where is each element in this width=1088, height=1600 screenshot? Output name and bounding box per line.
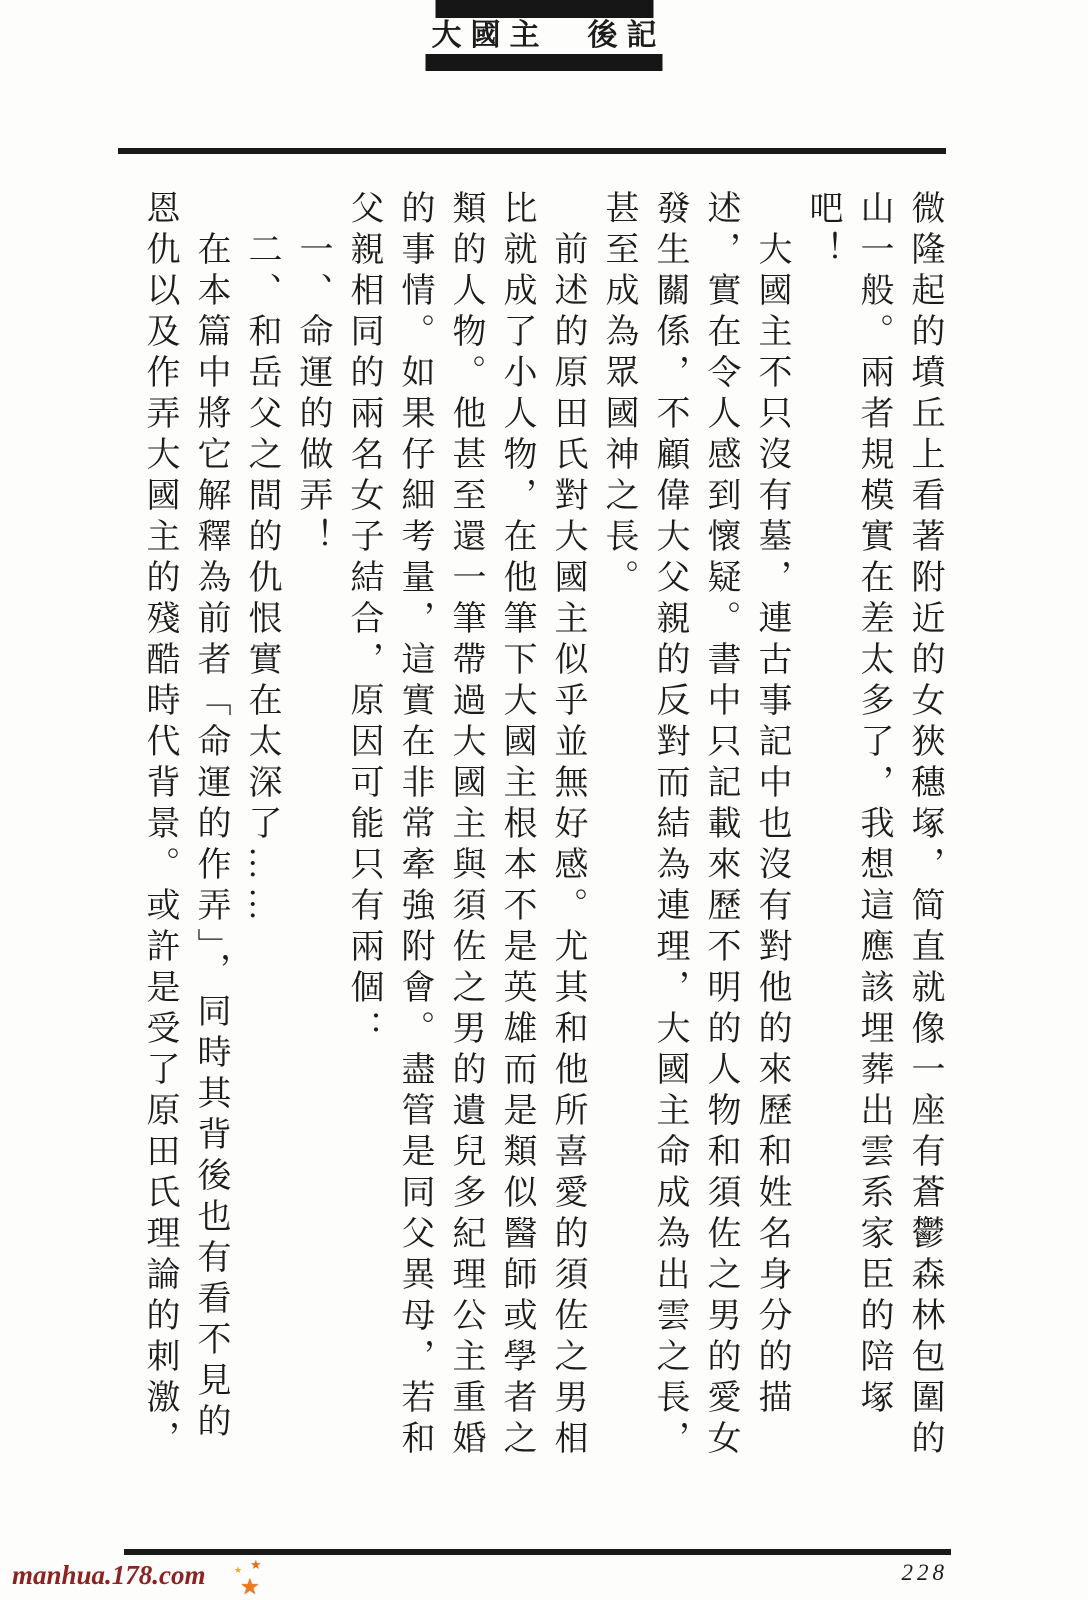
paragraph-1: 微隆起的墳丘上看著附近的女狹穗塚，简直就像一座有蒼鬱森林包圍的山一般。兩者規模實… (797, 190, 950, 1470)
bottom-rule (124, 1549, 951, 1555)
header-top-bar (435, 0, 653, 18)
page-number: 228 (902, 1560, 949, 1586)
top-rule (118, 148, 946, 154)
page-title: 大國主 後記 (432, 19, 666, 53)
star-icon: ★ (234, 1566, 242, 1575)
paragraph-3: 前述的原田氏對大國主似乎並無好感。尤其和他所喜愛的須佐之男相比就成了小人物，在他… (338, 190, 593, 1470)
star-icon: ★ (240, 1576, 260, 1598)
star-icon: ★ (250, 1558, 262, 1571)
paragraph-2: 大國主不只沒有墓，連古事記中也沒有對他的來歷和姓名身分的描述，實在令人感到懷疑。… (593, 190, 797, 1470)
watermark: manhua.178.com ★ ★ ★ (12, 1560, 206, 1591)
paragraph-4: 一、命運的做弄！ (287, 190, 338, 1470)
paragraph-5: 二、和岳父之間的仇恨實在太深了…… (236, 190, 287, 1470)
paragraph-6: 在本篇中將它解釋為前者「命運的作弄」，同時其背後也有看不見的恩仇以及作弄大國主的… (134, 190, 236, 1470)
header: 大國主 後記 (423, 0, 666, 71)
header-bottom-bar (426, 54, 663, 71)
afterword-text: 微隆起的墳丘上看著附近的女狹穗塚，简直就像一座有蒼鬱森林包圍的山一般。兩者規模實… (134, 190, 950, 1470)
watermark-text: manhua.178.com (12, 1560, 206, 1590)
